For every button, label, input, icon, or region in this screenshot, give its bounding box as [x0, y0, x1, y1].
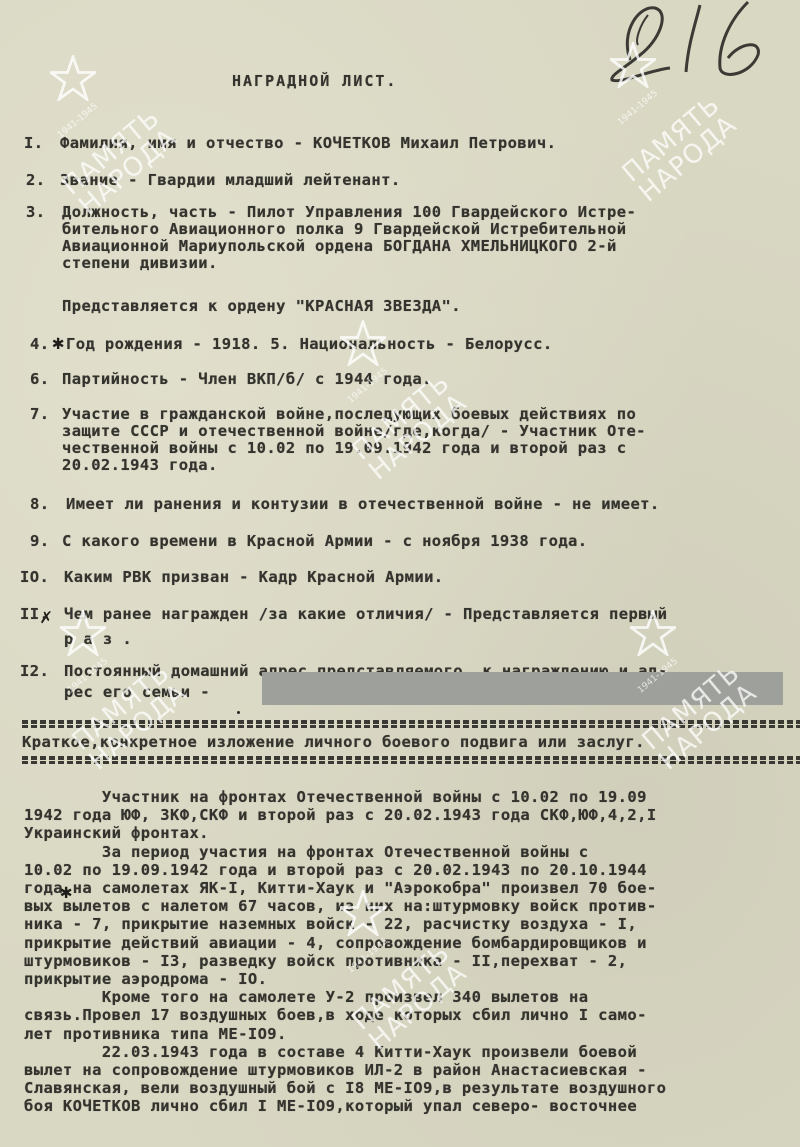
narrative-line: штурмовиков - I3, разведку войск противн…: [24, 952, 627, 970]
watermark-star-icon: [340, 320, 386, 366]
item-text: 20.02.1943 года.: [62, 456, 218, 474]
item-text: Каким РВК призван - Кадр Красной Армии.: [64, 568, 444, 586]
narrative-line: вылет на сопровождение штурмовиков ИЛ-2 …: [24, 1061, 647, 1079]
item-number: 8.: [30, 495, 49, 513]
narrative-line: прикрытие действий авиации - 4, сопровож…: [24, 934, 647, 952]
item-number: I2.: [20, 662, 49, 680]
watermark-star-icon: [340, 890, 386, 936]
item-number: 7.: [30, 405, 49, 423]
item-text: бительного Авиационного полка 9 Гвардейс…: [62, 220, 626, 238]
ink-blot: ✱: [52, 330, 64, 354]
narrative-line: связь.Провел 17 воздушных боев,в ходе ко…: [24, 1006, 647, 1024]
item-number: 4.: [30, 335, 49, 353]
narrative-line: Славянская, вели воздушный бой с I8 МЕ-I…: [24, 1079, 666, 1097]
document-title: НАГРАДНОЙ ЛИСТ.: [232, 72, 397, 90]
watermark-star-icon: [630, 610, 676, 656]
item-text: Представляется к ордену "КРАСНАЯ ЗВЕЗДА"…: [62, 297, 461, 315]
item-text: чественной войны с 10.02 по 19.09.1942 г…: [62, 439, 626, 457]
watermark-star-icon: [50, 55, 96, 101]
narrative-line: Участник на фронтах Отечественной войны …: [24, 788, 647, 806]
ink-blot: ✱: [60, 879, 72, 903]
watermark-star-icon: [60, 610, 106, 656]
item-text: Должность, часть - Пилот Управления 100 …: [62, 203, 636, 221]
item-number: 9.: [30, 532, 49, 550]
narrative-line: лет противника типа МЕ-IO9.: [24, 1025, 287, 1043]
item-text: С какого времени в Красной Армии - с ноя…: [62, 532, 588, 550]
item-text: Имеет ли ранения и контузии в отечествен…: [66, 495, 660, 513]
item-text: Чем ранее награжден /за какие отличия/ -…: [64, 605, 667, 623]
narrative-line: За период участия на фронтах Отечественн…: [24, 843, 588, 861]
narrative-line: 22.03.1943 года в составе 4 Китти-Хаук п…: [24, 1043, 637, 1061]
item-number: IO.: [20, 568, 49, 586]
ink-blot: ✗: [40, 604, 52, 628]
narrative-line: Кроме того на самолете У-2 произвел 340 …: [24, 988, 588, 1006]
narrative-line: 10.02 по 19.09.1942 года и второй раз с …: [24, 861, 647, 879]
item-text: Авиационной Мариупольской ордена БОГДАНА…: [62, 237, 617, 255]
narrative-line: Украинский фронтах.: [24, 824, 209, 842]
watermark-years: 1941-1945: [616, 88, 660, 127]
watermark-star-icon: [610, 42, 656, 88]
narrative-line: ника - 7, прикрытие наземных войск - 22,…: [24, 915, 637, 933]
item-number: 6.: [30, 370, 49, 388]
narrative-line: 1942 года ЮФ, ЗКФ,СКФ и второй раз с 20.…: [24, 806, 657, 824]
ink-dot: [237, 711, 240, 714]
item-number: 3.: [26, 203, 45, 221]
item-number: 2.: [26, 171, 45, 189]
item-number: I.: [24, 134, 43, 152]
item-text: степени дивизии.: [62, 254, 218, 272]
item-text: Год рождения - 1918. 5. Национальность -…: [66, 335, 553, 353]
narrative-line: прикрытие аэродрома - IO.: [24, 970, 267, 988]
narrative-line: боя КОЧЕТКОВ лично сбил I МЕ-IO9,который…: [24, 1097, 637, 1115]
item-text: Участие в гражданской войне,последующих …: [62, 405, 636, 423]
award-sheet-page: НАГРАДНОЙ ЛИСТ. I.Фамилия, имя и отчеств…: [0, 0, 800, 1147]
